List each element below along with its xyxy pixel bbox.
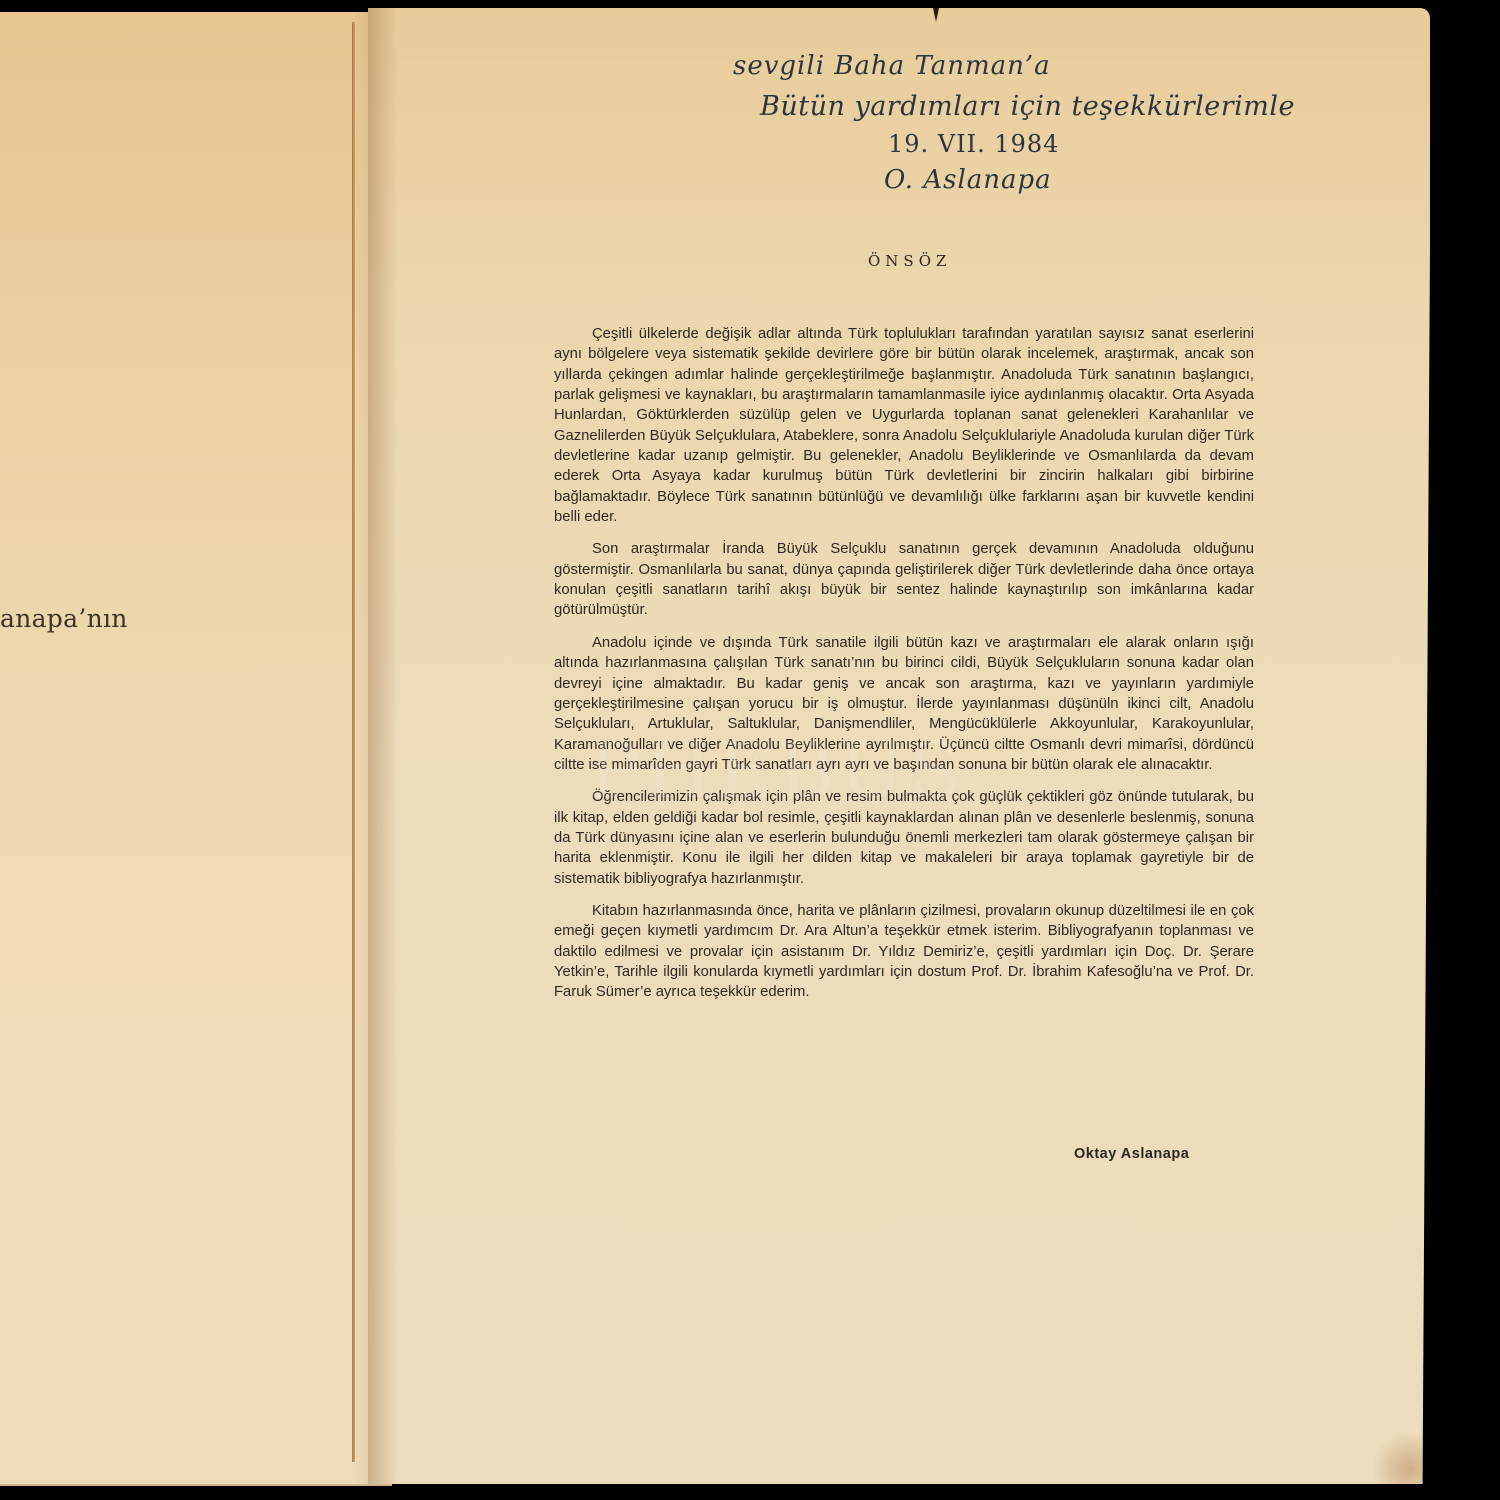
paragraph: Kitabın hazırlanmasında önce, harita ve … bbox=[554, 901, 1254, 1003]
corner-stain bbox=[1368, 1434, 1428, 1484]
inscription-signature: O. Aslanapa bbox=[884, 165, 1052, 195]
inscription-dedication: sevgili Baha Tanman’a bbox=[733, 51, 1051, 81]
inscription-date: 19. VII. 1984 bbox=[888, 130, 1059, 158]
top-edge-nick bbox=[933, 8, 939, 22]
inscription-thanks: Bütün yardımları için teşekkürlerimle bbox=[760, 91, 1295, 122]
gutter-shadow bbox=[368, 8, 398, 1484]
right-page: sevgili Baha Tanman’a Bütün yardımları i… bbox=[368, 8, 1430, 1484]
page-fold-edge bbox=[352, 22, 355, 1462]
watermark: PHEBUS bbox=[588, 726, 966, 816]
left-page: anapa’nın bbox=[0, 12, 392, 1486]
author-signature: Oktay Aslanapa bbox=[1074, 1146, 1189, 1162]
left-page-author-fragment: anapa’nın bbox=[0, 604, 128, 633]
paragraph: Son araştırmalar İranda Büyük Selçuklu s… bbox=[554, 539, 1254, 620]
page-title: ÖNSÖZ bbox=[868, 252, 951, 270]
paragraph: Çeşitli ülkelerde değişik adlar altında … bbox=[554, 324, 1254, 527]
preface-body: Çeşitli ülkelerde değişik adlar altında … bbox=[554, 324, 1254, 1015]
